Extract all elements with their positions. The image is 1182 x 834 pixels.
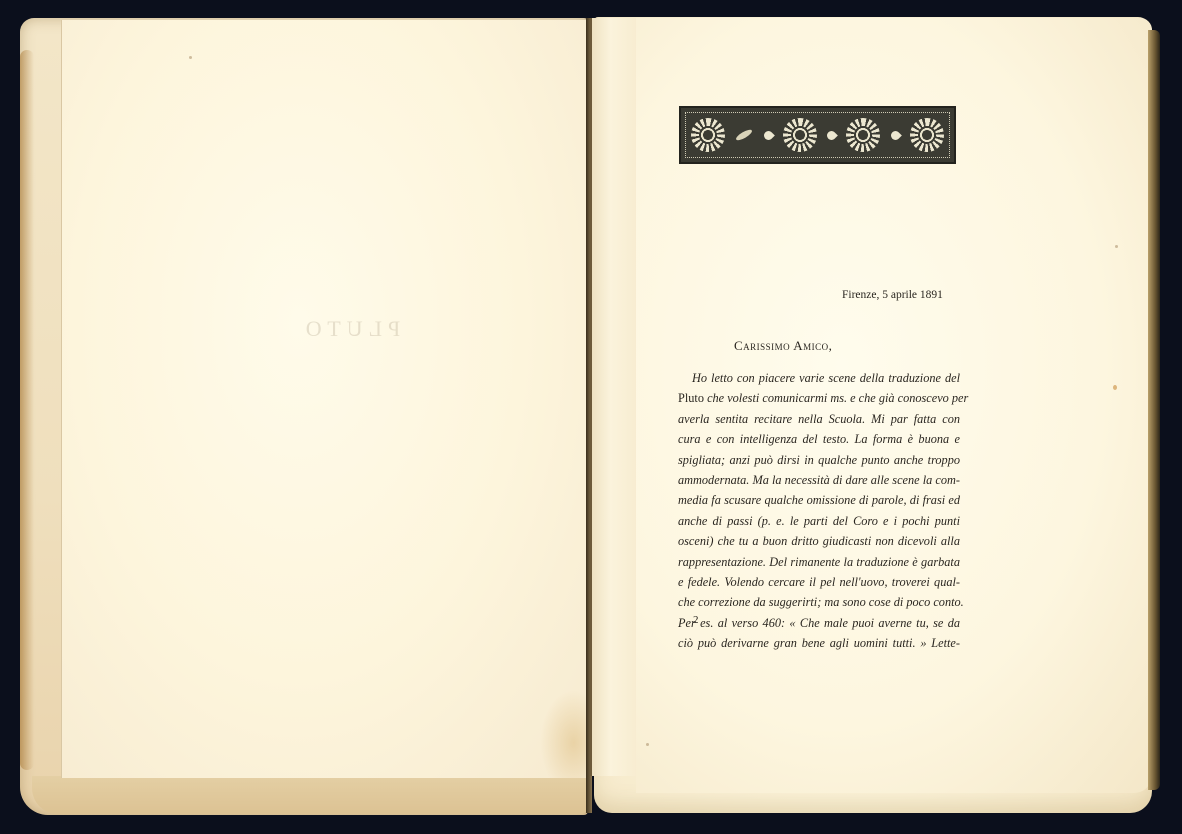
paper-speck (646, 743, 649, 746)
leaf-icon (735, 128, 754, 142)
body-line: osceni) che tu a buon dritto giudicasti … (678, 531, 960, 551)
body-line: che correzione da suggerirti; ma sono co… (678, 592, 960, 612)
page-number: 2 (693, 614, 699, 626)
heart-icon (889, 129, 902, 142)
ornament-border (685, 112, 950, 158)
left-page-showthrough-title: PLUTO (280, 316, 420, 342)
left-edge-stain (20, 50, 34, 770)
heart-icon (825, 129, 838, 142)
floral-headpiece-ornament (679, 106, 956, 164)
body-line: Per es. al verso 460: « Che male puoi av… (678, 613, 960, 633)
salutation: Carissimo Amico, (734, 338, 832, 354)
paper-speck (189, 56, 192, 59)
right-fore-edge (1148, 30, 1160, 790)
body-line: rappresentazione. Del rimanente la tradu… (678, 552, 960, 572)
body-line: spigliata; anzi può dirsi in qualche pun… (678, 450, 960, 470)
body-line: ciò può derivarne gran bene agli uomini … (678, 633, 960, 653)
body-line: anche di passi (p. e. le parti del Coro … (678, 511, 960, 531)
left-bottom-edge (32, 776, 587, 814)
heart-icon (762, 129, 775, 142)
paper-speck (1115, 245, 1118, 248)
dateline: Firenze, 5 aprile 1891 (842, 289, 943, 301)
left-page-stain (540, 690, 588, 778)
left-page (61, 20, 589, 778)
body-line: cura e con intelligenza del testo. La fo… (678, 429, 960, 449)
flower-icon (910, 118, 944, 152)
body-line: ammodernata. Ma la necessità di dare all… (678, 470, 960, 490)
title-pluto: Pluto (678, 391, 704, 405)
flower-icon (783, 118, 817, 152)
body-line: media fa scusare qualche omissione di pa… (678, 490, 960, 510)
foxing-spot (1113, 385, 1117, 390)
body-line: averla sentita recitare nella Scuola. Mi… (678, 409, 960, 429)
flower-icon (846, 118, 880, 152)
letter-body: Ho letto con piacere varie scene della t… (678, 368, 960, 653)
gutter-stub (590, 18, 639, 776)
body-line: e fedele. Volendo cercare il pel nell'uo… (678, 572, 960, 592)
flower-icon (691, 118, 725, 152)
body-line: Ho letto con piacere varie scene della t… (678, 368, 960, 388)
body-line: Pluto che volesti comunicarmi ms. e che … (678, 388, 960, 408)
